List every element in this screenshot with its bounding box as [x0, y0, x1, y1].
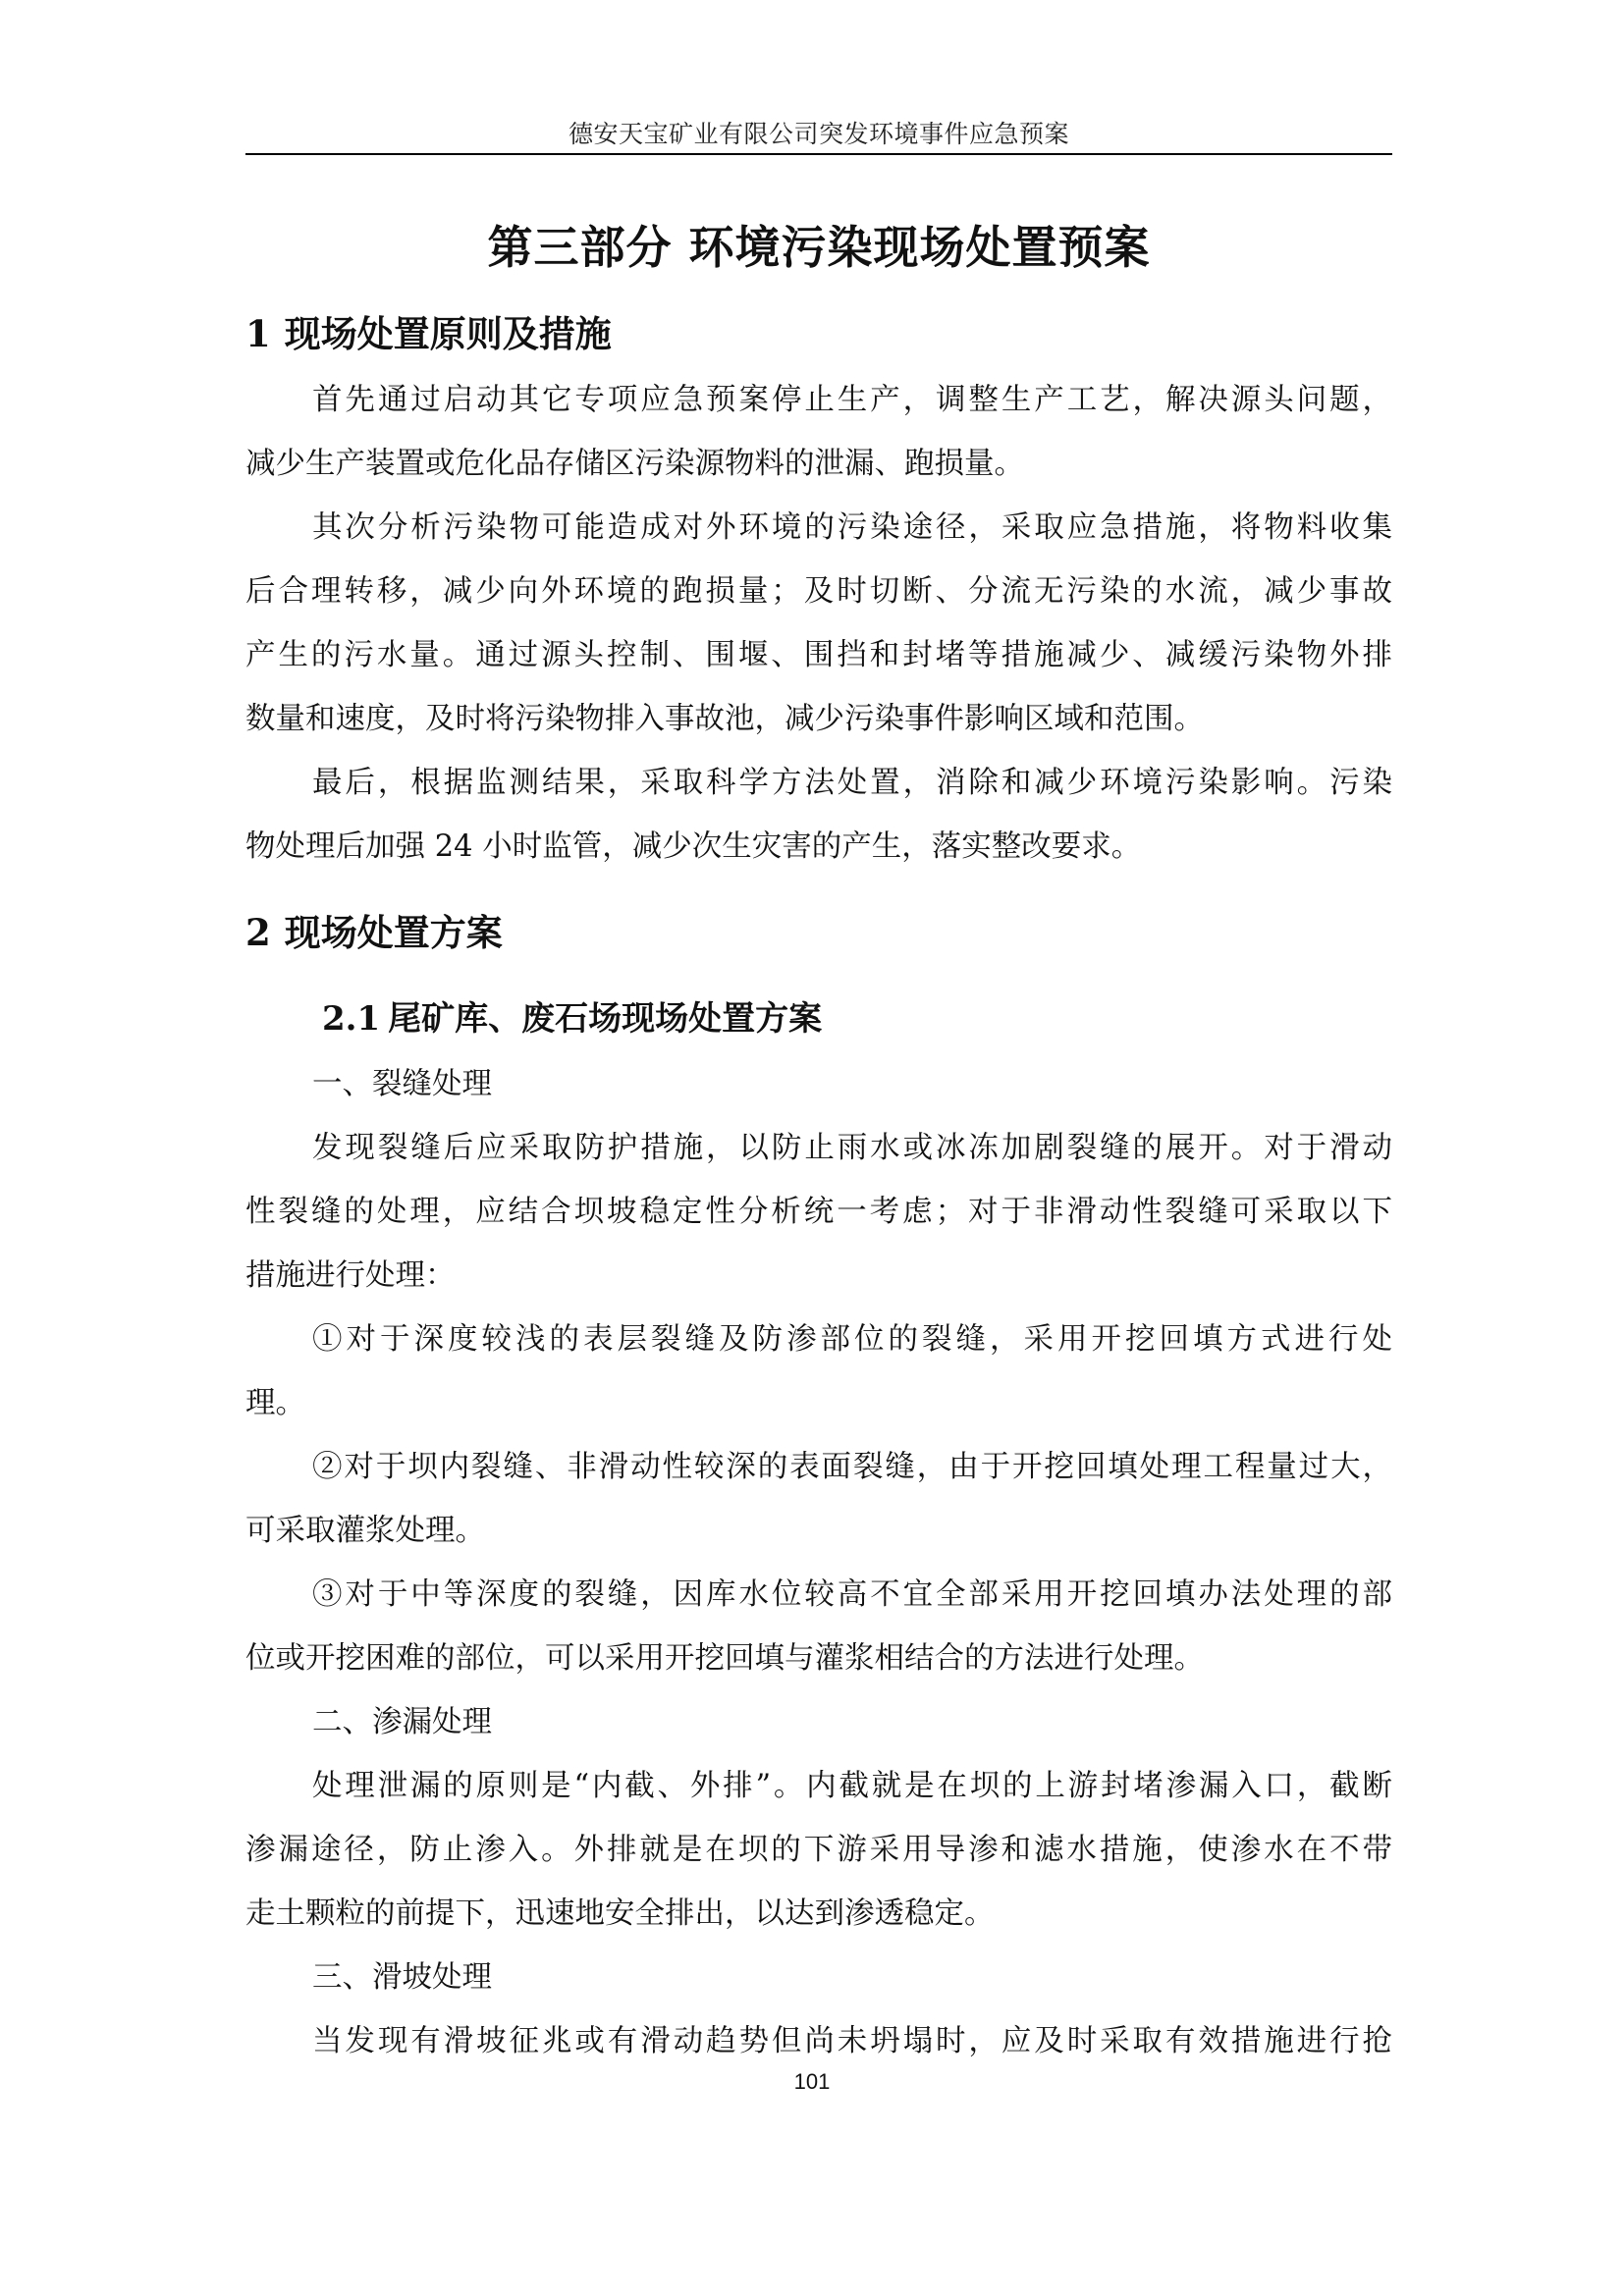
paragraph-line: 产生的污水量。通过源头控制、围堰、围挡和封堵等措施减少、减缓污染物外排	[245, 636, 1392, 675]
page-number: 101	[0, 2069, 1624, 2095]
paragraph-line: 物处理后加强 24 小时监管，减少次生灾害的产生，落实整改要求。	[245, 828, 1392, 867]
subsection-number: 2.1	[322, 999, 380, 1039]
section-number: 2	[245, 911, 271, 954]
section-2-heading: 2现场处置方案	[245, 903, 503, 956]
paragraph-line: 发现裂缝后应采取防护措施，以防止雨水或冰冻加剧裂缝的展开。对于滑动	[312, 1129, 1392, 1168]
section-number: 1	[245, 312, 271, 355]
subsection-title: 尾矿库、废石场现场处置方案	[388, 999, 822, 1039]
paragraph-line: 渗漏途径，防止渗入。外排就是在坝的下游采用导渗和滤水措施，使渗水在不带	[245, 1831, 1392, 1870]
section-1-heading: 1现场处置原则及措施	[245, 304, 612, 357]
section-title: 现场处置方案	[285, 911, 503, 954]
part-title: 第三部分 环境污染现场处置预案	[245, 212, 1392, 277]
paragraph-line: 后合理转移，减少向外环境的跑损量；及时切断、分流无污染的水流，减少事故	[245, 572, 1392, 612]
subheading-cracks: 一、裂缝处理	[312, 1065, 1392, 1104]
paragraph-line: 措施进行处理：	[245, 1256, 1392, 1296]
document-page: 德安天宝矿业有限公司突发环境事件应急预案 第三部分 环境污染现场处置预案 1现场…	[0, 0, 1624, 2296]
paragraph-line: ①对于深度较浅的表层裂缝及防渗部位的裂缝，采用开挖回填方式进行处	[312, 1320, 1392, 1360]
paragraph-line: 首先通过启动其它专项应急预案停止生产，调整生产工艺，解决源头问题，	[312, 381, 1392, 420]
paragraph-line: 数量和速度，及时将污染物排入事故池，减少污染事件影响区域和范围。	[245, 700, 1392, 739]
paragraph-line: 可采取灌浆处理。	[245, 1512, 1392, 1551]
paragraph-line: 性裂缝的处理，应结合坝坡稳定性分析统一考虑；对于非滑动性裂缝可采取以下	[245, 1193, 1392, 1232]
subheading-seepage: 二、渗漏处理	[312, 1703, 1392, 1742]
paragraph-line: ③对于中等深度的裂缝，因库水位较高不宜全部采用开挖回填办法处理的部	[312, 1575, 1392, 1615]
paragraph-line: 当发现有滑坡征兆或有滑动趋势但尚未坍塌时，应及时采取有效措施进行抢	[312, 2022, 1392, 2061]
running-header: 德安天宝矿业有限公司突发环境事件应急预案	[245, 115, 1392, 150]
paragraph-line: 位或开挖困难的部位，可以采用开挖回填与灌浆相结合的方法进行处理。	[245, 1639, 1392, 1679]
paragraph-line: 其次分析污染物可能造成对外环境的污染途径，采取应急措施，将物料收集	[312, 508, 1392, 548]
paragraph-line: 走土颗粒的前提下，迅速地安全排出，以达到渗透稳定。	[245, 1895, 1392, 1934]
paragraph-line: 减少生产装置或危化品存储区污染源物料的泄漏、跑损量。	[245, 445, 1392, 484]
section-title: 现场处置原则及措施	[285, 312, 612, 355]
subheading-landslide: 三、滑坡处理	[312, 1958, 1392, 1998]
paragraph-line: 处理泄漏的原则是“内截、外排”。内截就是在坝的上游封堵渗漏入口，截断	[312, 1767, 1392, 1806]
paragraph-line: ②对于坝内裂缝、非滑动性较深的表面裂缝，由于开挖回填处理工程量过大，	[312, 1448, 1392, 1487]
paragraph-line: 理。	[245, 1384, 1392, 1423]
header-divider	[245, 153, 1392, 155]
paragraph-line: 最后，根据监测结果，采取科学方法处置，消除和减少环境污染影响。污染	[312, 764, 1392, 803]
subsection-2-1-heading: 2.1尾矿库、废石场现场处置方案	[322, 991, 822, 1040]
